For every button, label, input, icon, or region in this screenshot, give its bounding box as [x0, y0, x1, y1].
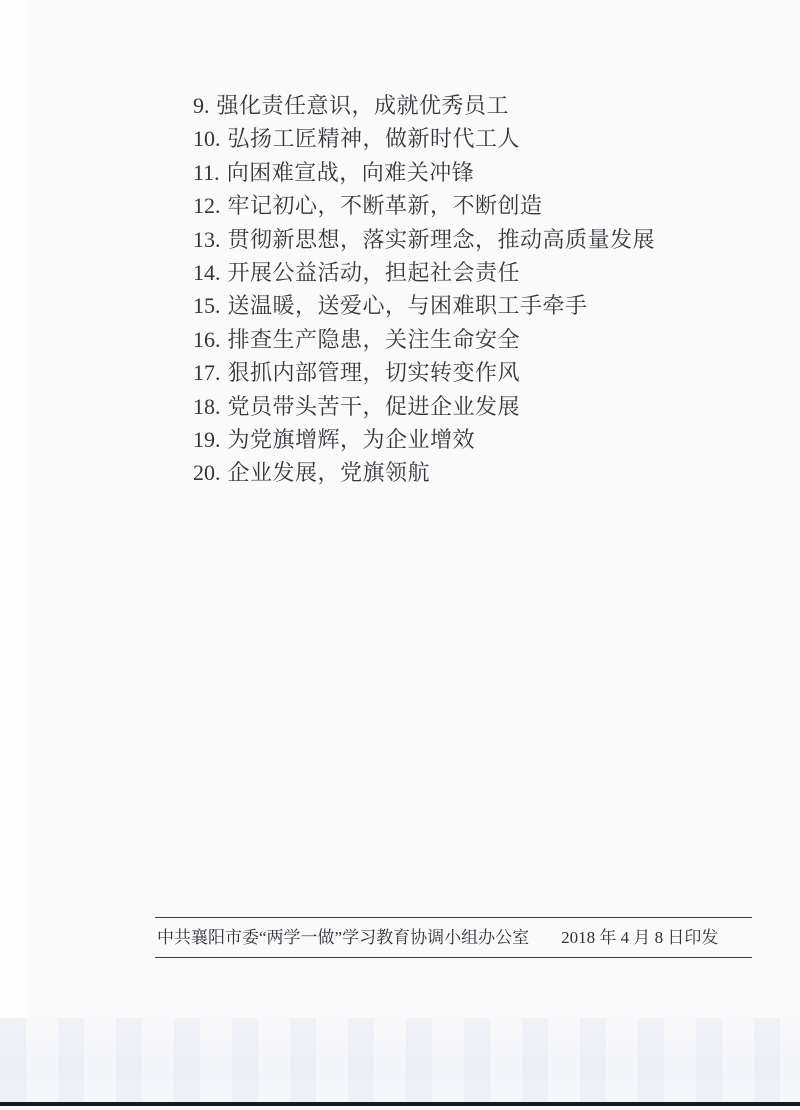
item-text: 向困难宣战，向难关冲锋	[227, 160, 475, 185]
item-number: 15.	[193, 289, 221, 322]
item-text: 弘扬工匠精神，做新时代工人	[228, 126, 521, 151]
paper-bottom-texture	[0, 1018, 800, 1102]
footer-issuer: 中共襄阳市委“两学一做”学习教育协调小组办公室	[157, 928, 529, 947]
item-text: 党员带头苦干，促进企业发展	[228, 394, 521, 419]
document-footer: 中共襄阳市委“两学一做”学习教育协调小组办公室2018 年 4 月 8 日印发	[155, 917, 752, 958]
item-number: 19.	[193, 423, 221, 456]
item-text: 贯彻新思想，落实新理念，推动高质量发展	[228, 227, 656, 252]
item-text: 开展公益活动，担起社会责任	[228, 260, 521, 285]
list-item: 19.为党旗增辉，为企业增效	[193, 423, 655, 456]
item-number: 12.	[193, 189, 221, 222]
item-number: 13.	[193, 223, 221, 256]
list-item: 15.送温暖，送爱心，与困难职工手牵手	[193, 289, 655, 322]
item-text: 排查生产隐患，关注生命安全	[228, 327, 521, 352]
slogan-list: 9.强化责任意识，成就优秀员工 10.弘扬工匠精神，做新时代工人 11.向困难宣…	[193, 89, 655, 490]
footer-print-date: 2018 年 4 月 8 日印发	[561, 928, 718, 947]
item-text: 强化责任意识，成就优秀员工	[217, 93, 510, 118]
item-number: 20.	[193, 456, 221, 489]
item-number: 16.	[193, 323, 221, 356]
scan-below-edge-strip	[0, 1106, 800, 1110]
item-number: 11.	[193, 156, 220, 189]
scanner-left-margin	[0, 0, 28, 1110]
item-text: 牢记初心，不断革新，不断创造	[228, 193, 543, 218]
item-text: 狠抓内部管理，切实转变作风	[228, 360, 521, 385]
list-item: 20.企业发展，党旗领航	[193, 456, 655, 489]
item-text: 为党旗增辉，为企业增效	[228, 427, 476, 452]
item-number: 18.	[193, 390, 221, 423]
item-text: 送温暖，送爱心，与困难职工手牵手	[228, 293, 588, 318]
list-item: 14.开展公益活动，担起社会责任	[193, 256, 655, 289]
list-item: 9.强化责任意识，成就优秀员工	[193, 89, 655, 122]
list-item: 12.牢记初心，不断革新，不断创造	[193, 189, 655, 222]
list-item: 10.弘扬工匠精神，做新时代工人	[193, 122, 655, 155]
list-item: 13.贯彻新思想，落实新理念，推动高质量发展	[193, 223, 655, 256]
list-item: 11.向困难宣战，向难关冲锋	[193, 156, 655, 189]
item-number: 14.	[193, 256, 221, 289]
list-item: 17.狠抓内部管理，切实转变作风	[193, 356, 655, 389]
list-item: 18.党员带头苦干，促进企业发展	[193, 390, 655, 423]
list-item: 16.排查生产隐患，关注生命安全	[193, 323, 655, 356]
item-text: 企业发展，党旗领航	[228, 460, 431, 485]
item-number: 10.	[193, 122, 221, 155]
item-number: 9.	[193, 89, 210, 122]
scanned-document-page: 9.强化责任意识，成就优秀员工 10.弘扬工匠精神，做新时代工人 11.向困难宣…	[0, 0, 800, 1110]
item-number: 17.	[193, 356, 221, 389]
